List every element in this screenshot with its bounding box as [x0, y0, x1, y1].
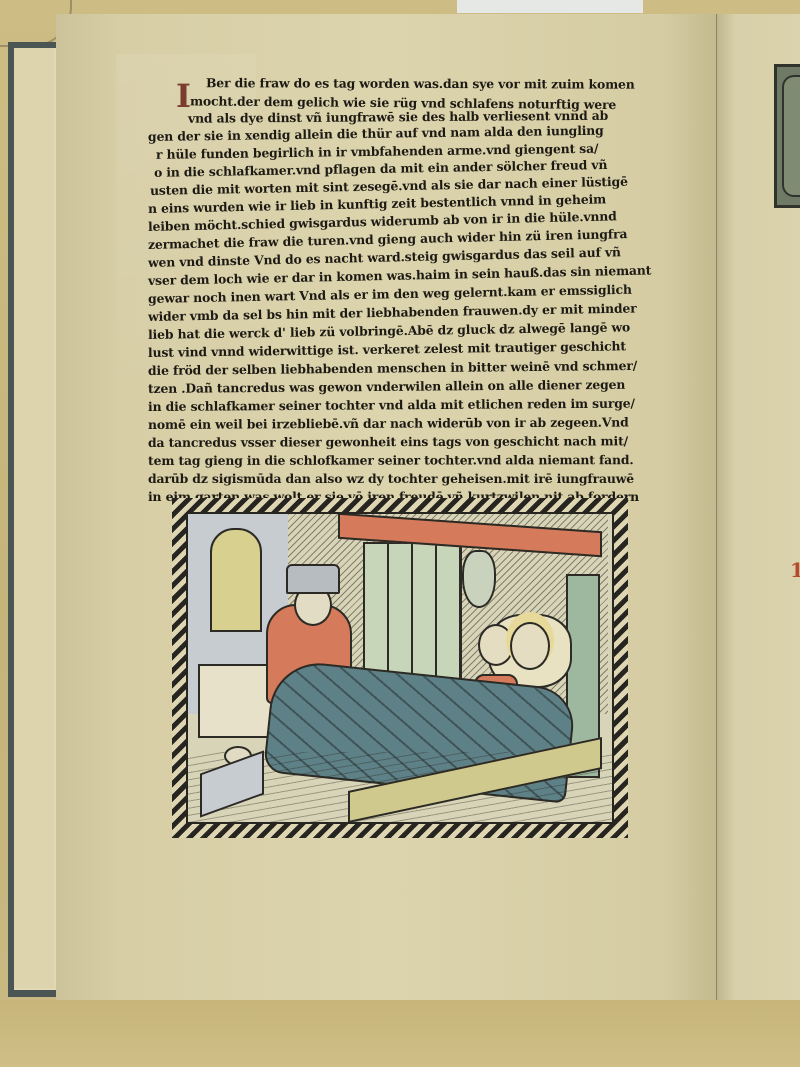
text-line: darūb dz sigismūda dan also wz dy tochte… — [148, 470, 668, 488]
text-line: Ber die fraw do es tag worden was.dan sy… — [148, 74, 668, 94]
woodcut-illustration — [172, 498, 628, 838]
lover-head — [478, 624, 514, 666]
ornament-border-icon — [774, 64, 800, 208]
bedchamber-scene — [186, 512, 614, 824]
arched-window — [210, 528, 262, 632]
text-line: tem tag gieng in die schlofkamer seiner … — [148, 451, 668, 470]
paper-slip — [457, 0, 643, 13]
grey-cap — [286, 564, 340, 594]
text-line: da tancredus vsser dieser gewonheit eins… — [148, 432, 668, 452]
lady-head — [510, 622, 550, 670]
text-block: Ber die fraw do es tag worden was.dan sy… — [148, 74, 668, 506]
rubric-mark: 1 — [790, 558, 800, 582]
flyleaf — [14, 48, 54, 988]
text-line: nomē ein weil bei irzebliebē.vñ dar nach… — [148, 413, 668, 434]
desk-foreground — [0, 1000, 800, 1067]
bed-curtain — [363, 542, 462, 686]
hanging-bag — [462, 550, 496, 608]
